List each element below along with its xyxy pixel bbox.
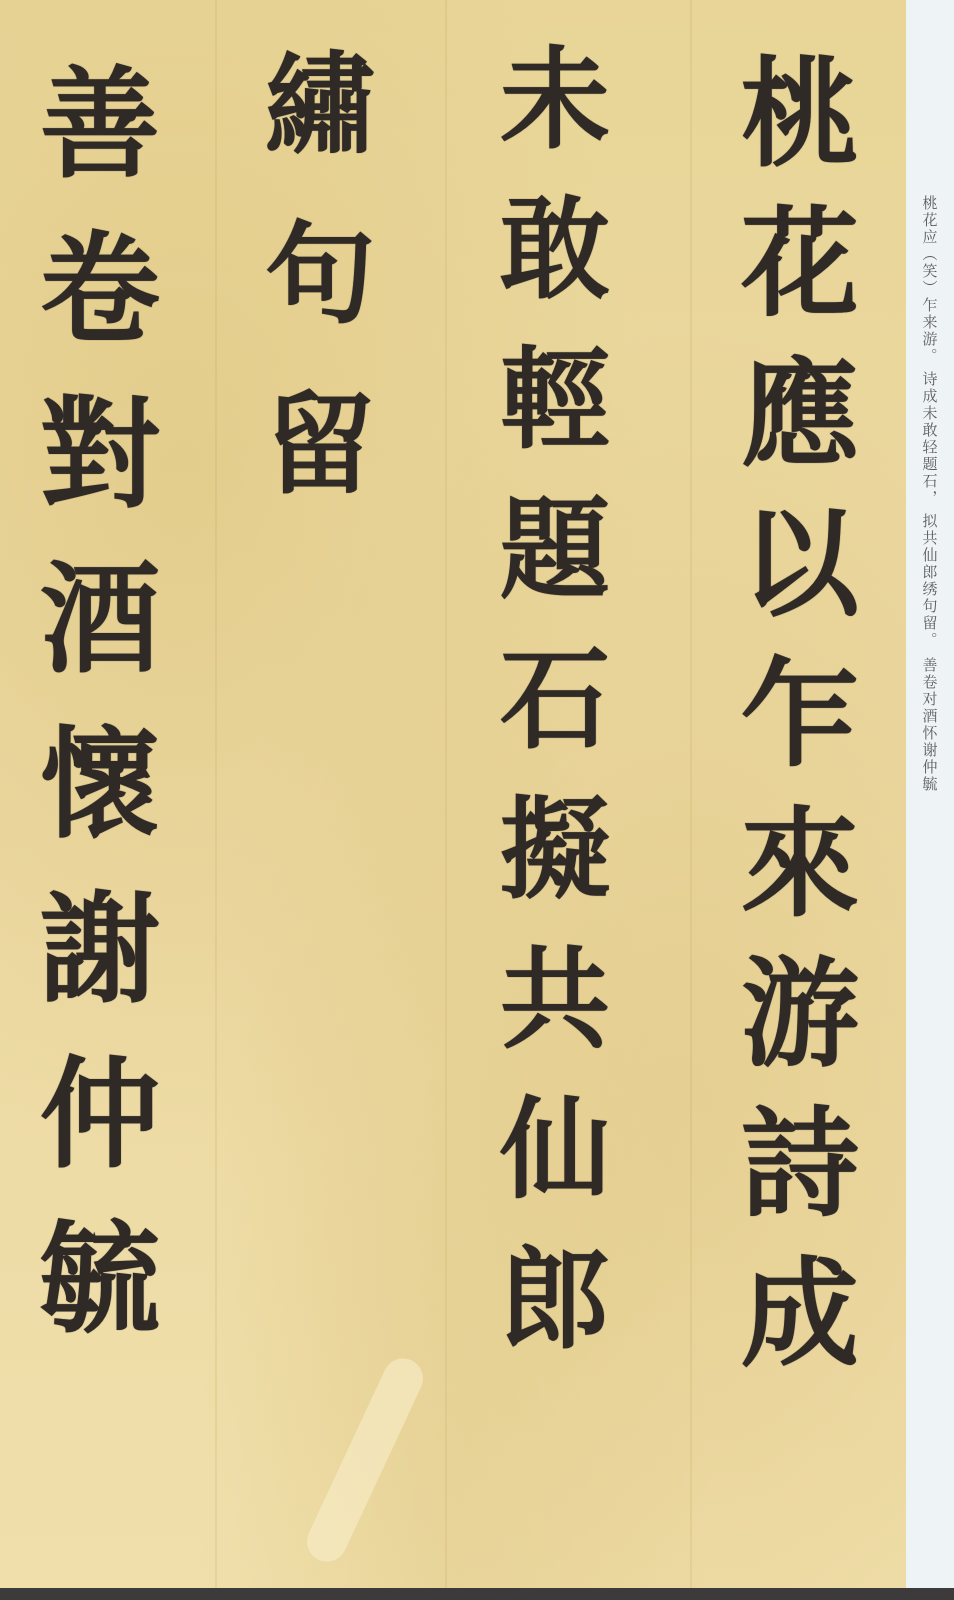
calligraphy-char: 對 [40,395,160,560]
column-guide-line [215,0,217,1588]
annotation-line-1: 桃花应（笑）乍来游。 [920,195,941,365]
calligraphy-char: 來 [741,805,859,955]
calligraphy-char: 郎 [500,1245,610,1395]
calligraphy-char: 毓 [40,1220,160,1385]
calligraphy-column-1: 桃 花 應 以 乍 來 游 詩 成 [735,55,865,1405]
calligraphy-char: 留 [265,390,375,560]
calligraphy-char: 擬 [500,795,610,945]
calligraphy-char: 共 [500,945,610,1095]
calligraphy-char: 句 [265,220,375,390]
calligraphy-char: 繡 [265,50,375,220]
annotation-line-3: 拟共仙郎绣句留。 [920,513,941,649]
calligraphy-char: 卷 [40,230,160,395]
column-guide-line [690,0,692,1588]
calligraphy-char: 仲 [40,1055,160,1220]
calligraphy-char: 酒 [40,560,160,725]
calligraphy-char: 石 [500,645,610,795]
calligraphy-paper: 桃 花 應 以 乍 來 游 詩 成 未 敢 輕 題 石 擬 共 仙 郎 繡 句 … [0,0,906,1588]
calligraphy-char: 敢 [500,195,610,345]
transcription-annotation: 桃花应（笑）乍来游。 诗成未敢轻题石， 拟共仙郎绣句留。 善卷对酒怀谢仲毓 [906,195,954,793]
calligraphy-char: 桃 [741,55,859,205]
calligraphy-char: 善 [40,65,160,230]
calligraphy-column-2: 未 敢 輕 題 石 擬 共 仙 郎 [490,45,620,1395]
annotation-line-4: 善卷对酒怀谢仲毓 [920,657,941,793]
calligraphy-char: 詩 [741,1105,859,1255]
paper-repair-patch [300,1352,429,1568]
calligraphy-char: 輕 [500,345,610,495]
calligraphy-char: 懷 [40,725,160,890]
calligraphy-column-4: 善 卷 對 酒 懷 謝 仲 毓 [25,65,175,1385]
calligraphy-char: 應 [741,355,859,505]
calligraphy-char: 游 [741,955,859,1105]
calligraphy-char: 以 [741,505,859,655]
calligraphy-char: 花 [741,205,859,355]
calligraphy-char: 題 [500,495,610,645]
annotation-line-2: 诗成未敢轻题石， [920,371,941,507]
column-guide-line [445,0,447,1588]
calligraphy-char: 仙 [500,1095,610,1245]
calligraphy-column-3: 繡 句 留 [255,50,385,560]
calligraphy-char: 未 [500,45,610,195]
calligraphy-char: 謝 [40,890,160,1055]
calligraphy-char: 乍 [741,655,859,805]
scan-bottom-edge [0,1588,954,1600]
calligraphy-char: 成 [741,1255,859,1405]
